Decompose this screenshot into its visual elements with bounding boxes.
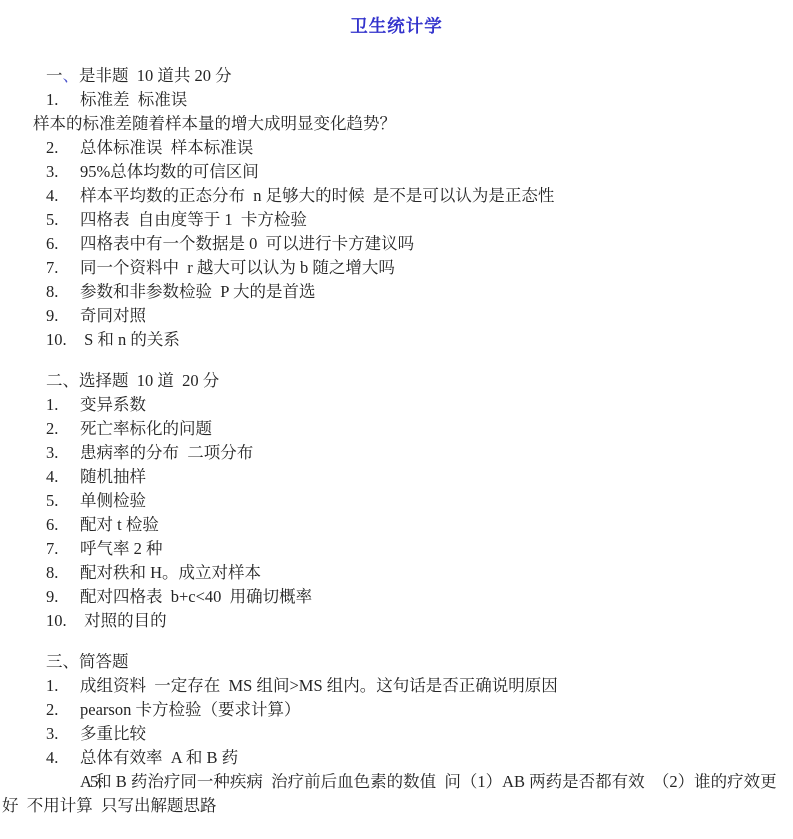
item-number: 10. — [46, 609, 80, 633]
question-item: 1.变异系数 — [0, 393, 793, 417]
item-text: 参数和非参数检验 P 大的是首选 — [80, 282, 315, 301]
continuation-line: 样本的标准差随着样本量的增大成明显变化趋势？ — [0, 112, 793, 136]
item-number: 1. — [46, 674, 80, 698]
item-text: 死亡率标化的问题 — [80, 419, 212, 438]
item-text: 变异系数 — [80, 395, 146, 414]
question-item: 8.配对秩和 H。成立对样本 — [0, 561, 793, 585]
section-title: 选择题 10 道 20 分 — [79, 371, 219, 390]
item-number: 1. — [46, 88, 80, 112]
item-number: 4. — [46, 746, 80, 770]
question-item: 4.随机抽样 — [0, 465, 793, 489]
question-item: 2.总体标准误 样本标准误 — [0, 136, 793, 160]
question-item: 10. S 和 n 的关系 — [0, 328, 793, 352]
item-number: 7. — [46, 537, 80, 561]
item-text: 四格表中有一个数据是 0 可以进行卡方建议吗 — [80, 234, 414, 253]
item-text: S 和 n 的关系 — [80, 330, 180, 349]
item-text: 奇同对照 — [80, 306, 146, 325]
item-number: 5. — [46, 770, 80, 794]
question-item: 8.参数和非参数检验 P 大的是首选 — [0, 280, 793, 304]
item-number: 2. — [46, 417, 80, 441]
question-item: 7.同一个资料中 r 越大可以认为 b 随之增大吗 — [0, 256, 793, 280]
item-number: 4. — [46, 465, 80, 489]
item-text: 四格表 自由度等于 1 卡方检验 — [80, 210, 307, 229]
item-text: A 和 B 药治疗同一种疾病 治疗前后血色素的数值 问（1）AB 两药是否都有效… — [2, 772, 777, 815]
question-item: 3.95%总体均数的可信区间 — [0, 160, 793, 184]
question-item: 4.样本平均数的正态分布 n 足够大的时候 是不是可以认为是正态性 — [0, 184, 793, 208]
question-item: 6.四格表中有一个数据是 0 可以进行卡方建议吗 — [0, 232, 793, 256]
item-text: 对照的目的 — [80, 611, 167, 630]
item-number: 5. — [46, 208, 80, 232]
item-number: 3. — [46, 441, 80, 465]
item-number: 6. — [46, 513, 80, 537]
item-text: 单侧检验 — [80, 491, 146, 510]
question-item: 6.配对 t 检验 — [0, 513, 793, 537]
item-number: 9. — [46, 585, 80, 609]
item-number: 4. — [46, 184, 80, 208]
question-item: 2.pearson 卡方检验（要求计算） — [0, 698, 793, 722]
item-text: 随机抽样 — [80, 467, 146, 486]
item-text: 同一个资料中 r 越大可以认为 b 随之增大吗 — [80, 258, 395, 277]
item-text: 配对四格表 b+c<40 用确切概率 — [80, 587, 312, 606]
question-item: 4.总体有效率 A 和 B 药 — [0, 746, 793, 770]
item-text: pearson 卡方检验（要求计算） — [80, 700, 300, 719]
question-item: 5.A 和 B 药治疗同一种疾病 治疗前后血色素的数值 问（1）AB 两药是否都… — [0, 770, 793, 818]
item-number: 8. — [46, 280, 80, 304]
section-number: 二 — [46, 371, 63, 390]
section-short-answer: 三、简答题 1.成组资料 一定存在 MS 组间>MS 组内。这句话是否正确说明原… — [0, 650, 793, 818]
item-text: 总体有效率 A 和 B 药 — [80, 748, 238, 767]
section-multiple-choice: 二、选择题 10 道 20 分 1.变异系数 2.死亡率标化的问题 3.患病率的… — [0, 369, 793, 633]
item-number: 10. — [46, 328, 80, 352]
question-item: 7.呼气率 2 种 — [0, 537, 793, 561]
section-heading: 二、选择题 10 道 20 分 — [0, 369, 793, 393]
question-item: 3.患病率的分布 二项分布 — [0, 441, 793, 465]
item-text: 配对秩和 H。成立对样本 — [80, 563, 261, 582]
section-true-false: 一、是非题 10 道共 20 分 1.标准差 标准误 样本的标准差随着样本量的增… — [0, 64, 793, 352]
question-item: 9.配对四格表 b+c<40 用确切概率 — [0, 585, 793, 609]
item-text: 患病率的分布 二项分布 — [80, 443, 253, 462]
question-item: 1.标准差 标准误 — [0, 88, 793, 112]
section-title: 简答题 — [79, 652, 129, 671]
item-number: 3. — [46, 722, 80, 746]
question-item: 5.四格表 自由度等于 1 卡方检验 — [0, 208, 793, 232]
item-text: 总体标准误 样本标准误 — [80, 138, 253, 157]
item-text: 95%总体均数的可信区间 — [80, 162, 259, 181]
question-item: 5.单侧检验 — [0, 489, 793, 513]
item-number: 2. — [46, 136, 80, 160]
section-heading: 一、是非题 10 道共 20 分 — [0, 64, 793, 88]
item-text: 成组资料 一定存在 MS 组间>MS 组内。这句话是否正确说明原因 — [80, 676, 558, 695]
section-number-mark: 、 — [63, 371, 80, 390]
item-number: 2. — [46, 698, 80, 722]
section-number: 一 — [46, 66, 63, 85]
item-number: 3. — [46, 160, 80, 184]
item-number: 8. — [46, 561, 80, 585]
item-number: 7. — [46, 256, 80, 280]
item-text: 标准差 标准误 — [80, 90, 187, 109]
question-item: 10. 对照的目的 — [0, 609, 793, 633]
item-number: 6. — [46, 232, 80, 256]
question-item: 9.奇同对照 — [0, 304, 793, 328]
document-title: 卫生统计学 — [0, 14, 793, 38]
question-item: 3.多重比较 — [0, 722, 793, 746]
section-title: 是非题 10 道共 20 分 — [79, 66, 232, 85]
section-heading: 三、简答题 — [0, 650, 793, 674]
question-item: 2.死亡率标化的问题 — [0, 417, 793, 441]
item-number: 5. — [46, 489, 80, 513]
section-number: 三 — [46, 652, 63, 671]
item-number: 9. — [46, 304, 80, 328]
item-text: 配对 t 检验 — [80, 515, 159, 534]
item-number: 1. — [46, 393, 80, 417]
document-page: 卫生统计学 一、是非题 10 道共 20 分 1.标准差 标准误 样本的标准差随… — [0, 0, 793, 839]
item-text: 多重比较 — [80, 724, 146, 743]
section-number-mark: 、 — [63, 66, 80, 85]
question-item: 1.成组资料 一定存在 MS 组间>MS 组内。这句话是否正确说明原因 — [0, 674, 793, 698]
section-number-mark: 、 — [63, 652, 80, 671]
item-text: 呼气率 2 种 — [80, 539, 163, 558]
item-text: 样本平均数的正态分布 n 足够大的时候 是不是可以认为是正态性 — [80, 186, 554, 205]
